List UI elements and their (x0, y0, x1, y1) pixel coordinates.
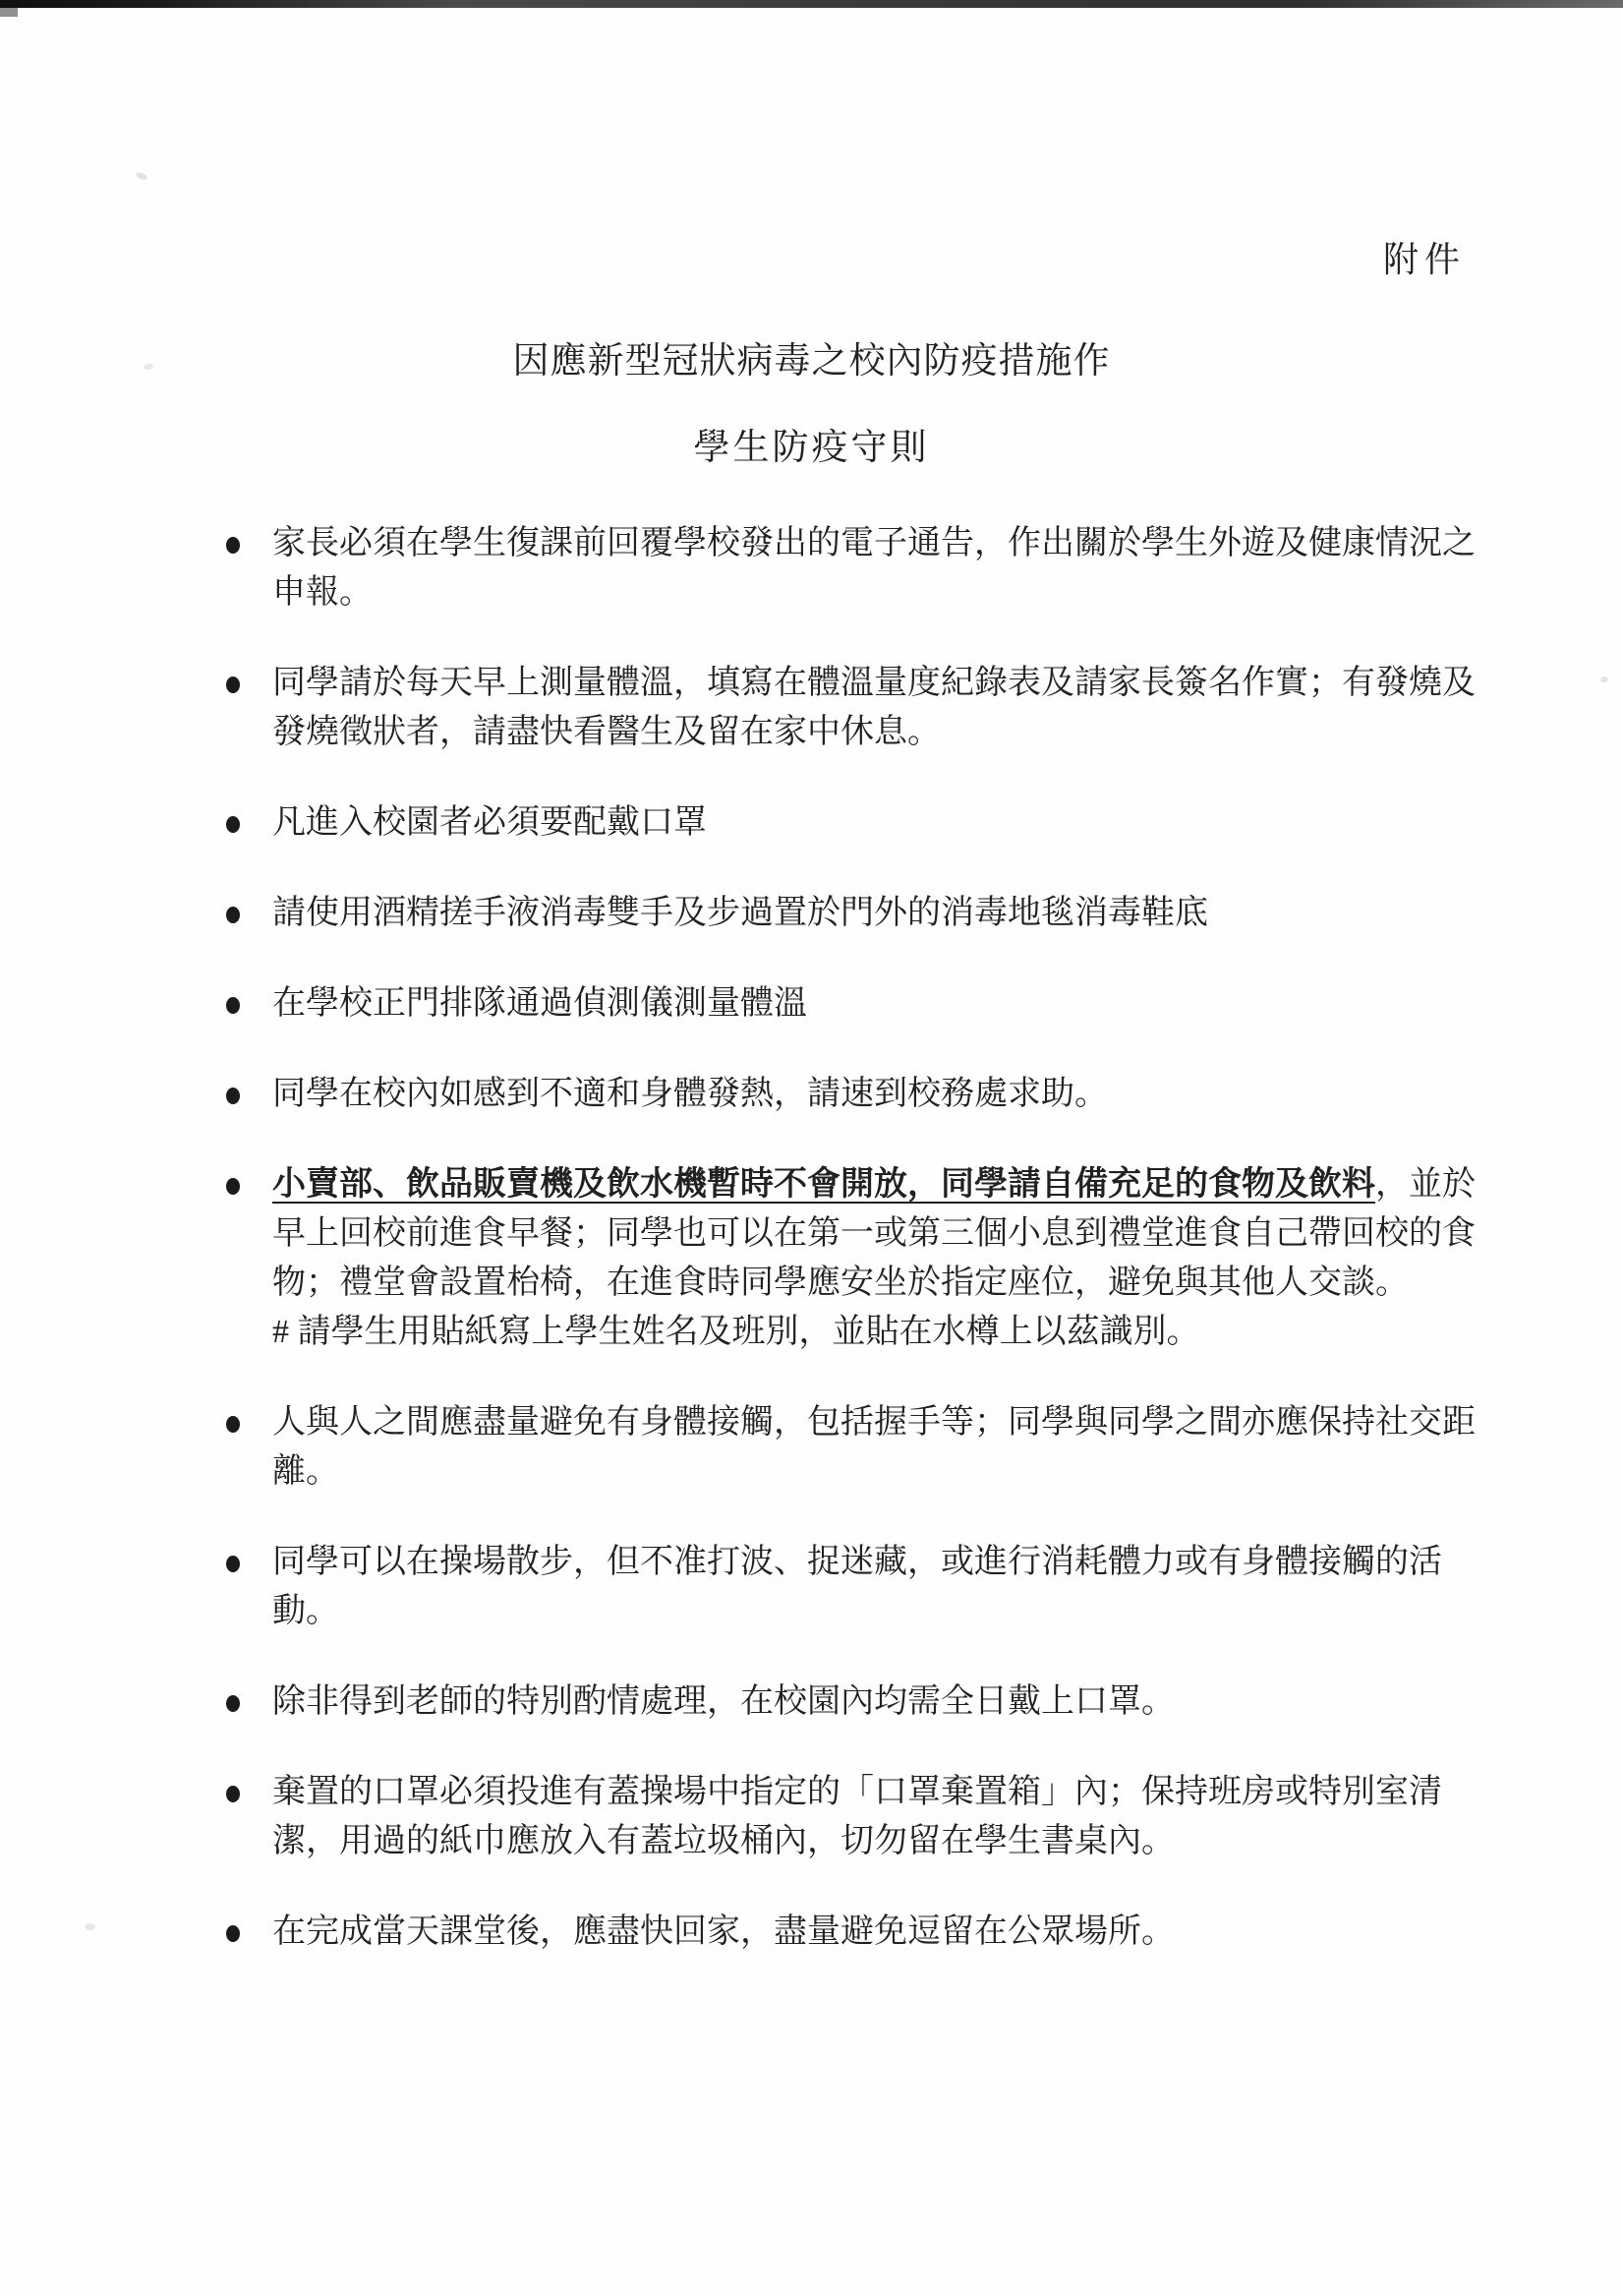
list-item: 同學可以在操場散步，但不准打波、捉迷藏，或進行消耗體力或有身體接觸的活動。 (226, 1538, 1486, 1636)
list-item: 棄置的口罩必須投進有蓋操場中指定的「口罩棄置箱」內；保持班房或特別室清潔，用過的… (226, 1768, 1486, 1866)
rule-text: 人與人之間應盡量避免有身體接觸，包括握手等；同學與同學之間亦應保持社交距離。 (272, 1404, 1476, 1490)
rule-text: 同學可以在操場散步，但不准打波、捉迷藏，或進行消耗體力或有身體接觸的活動。 (272, 1544, 1442, 1629)
rule-text: 除非得到老師的特別酌情處理，在校園內均需全日戴上口罩。 (272, 1683, 1175, 1720)
bullet-icon (226, 1178, 240, 1195)
list-item: 請使用酒精搓手液消毒雙手及步過置於門外的消毒地毯消毒鞋底 (226, 889, 1486, 938)
scanned-document-page: 附件 因應新型冠狀病毒之校內防疫措施作 學生防疫守則 家長必須在學生復課前回覆學… (0, 0, 1623, 2296)
rule-text: 在學校正門排隊通過偵測儀測量體溫 (272, 985, 807, 1022)
bullet-icon (226, 537, 240, 554)
rule-text: 家長必須在學生復課前回覆學校發出的電子通告，作出關於學生外遊及健康情況之申報。 (272, 525, 1476, 611)
list-item: 家長必須在學生復課前回覆學校發出的電子通告，作出關於學生外遊及健康情況之申報。 (226, 519, 1486, 618)
rule-text: 棄置的口罩必須投進有蓋操場中指定的「口罩棄置箱」內；保持班房或特別室清潔，用過的… (272, 1774, 1442, 1859)
bullet-icon (226, 1416, 240, 1433)
scan-speck (135, 171, 147, 182)
list-item: 同學在校內如感到不適和身體發熱，請速到校務處求助。 (226, 1070, 1486, 1119)
bullet-icon (226, 1556, 240, 1572)
rule-text: 同學請於每天早上測量體溫，填寫在體溫量度紀錄表及請家長簽名作實；有發燒及發燒徵狀… (272, 665, 1476, 750)
emphasized-rule-text: 小賣部、飲品販賣機及飲水機暫時不會開放，同學請自備充足的食物及飲料 (272, 1166, 1375, 1203)
bullet-icon (226, 1088, 240, 1104)
doc-subtitle: 學生防疫守則 (0, 417, 1623, 470)
bullet-icon (226, 1695, 240, 1712)
list-item: 人與人之間應盡量避免有身體接觸，包括握手等；同學與同學之間亦應保持社交距離。 (226, 1398, 1486, 1497)
bullet-icon (226, 1786, 240, 1802)
list-item: 除非得到老師的特別酌情處理，在校園內均需全日戴上口罩。 (226, 1678, 1486, 1727)
bullet-icon (226, 907, 240, 923)
bullet-icon (226, 816, 240, 833)
list-item: 凡進入校園者必須要配戴口罩 (226, 798, 1486, 848)
scan-speck (85, 1923, 95, 1930)
attachment-label: 附件 (1383, 232, 1466, 282)
rule-text: 小賣部、飲品販賣機及飲水機暫時不會開放，同學請自備充足的食物及飲料，並於早上回校… (272, 1166, 1486, 1357)
scan-artifact-top-edge (0, 0, 1623, 8)
scan-speck (1600, 677, 1608, 682)
rule-text: 在完成當天課堂後，應盡快回家，盡量避免逗留在公眾場所。 (272, 1913, 1175, 1950)
bullet-icon (226, 677, 240, 693)
bullet-icon (226, 1925, 240, 1942)
list-item: 在完成當天課堂後，應盡快回家，盡量避免逗留在公眾場所。 (226, 1908, 1486, 1957)
bullet-icon (226, 997, 240, 1014)
rule-note-line: # 請學生用貼紙寫上學生姓名及班別，並貼在水樽上以茲識別。 (272, 1308, 1486, 1357)
list-item: 小賣部、飲品販賣機及飲水機暫時不會開放，同學請自備充足的食物及飲料，並於早上回校… (226, 1160, 1486, 1357)
rule-text: 同學在校內如感到不適和身體發熱，請速到校務處求助。 (272, 1076, 1108, 1112)
rule-text: 請使用酒精搓手液消毒雙手及步過置於門外的消毒地毯消毒鞋底 (272, 895, 1208, 931)
doc-title: 因應新型冠狀病毒之校內防疫措施作 (0, 330, 1623, 383)
rules-list: 家長必須在學生復課前回覆學校發出的電子通告，作出關於學生外遊及健康情況之申報。 … (226, 519, 1486, 1998)
list-item: 同學請於每天早上測量體溫，填寫在體溫量度紀錄表及請家長簽名作實；有發燒及發燒徵狀… (226, 659, 1486, 757)
rule-text: 凡進入校園者必須要配戴口罩 (272, 804, 707, 841)
list-item: 在學校正門排隊通過偵測儀測量體溫 (226, 979, 1486, 1029)
scan-artifact-corner (0, 8, 18, 17)
